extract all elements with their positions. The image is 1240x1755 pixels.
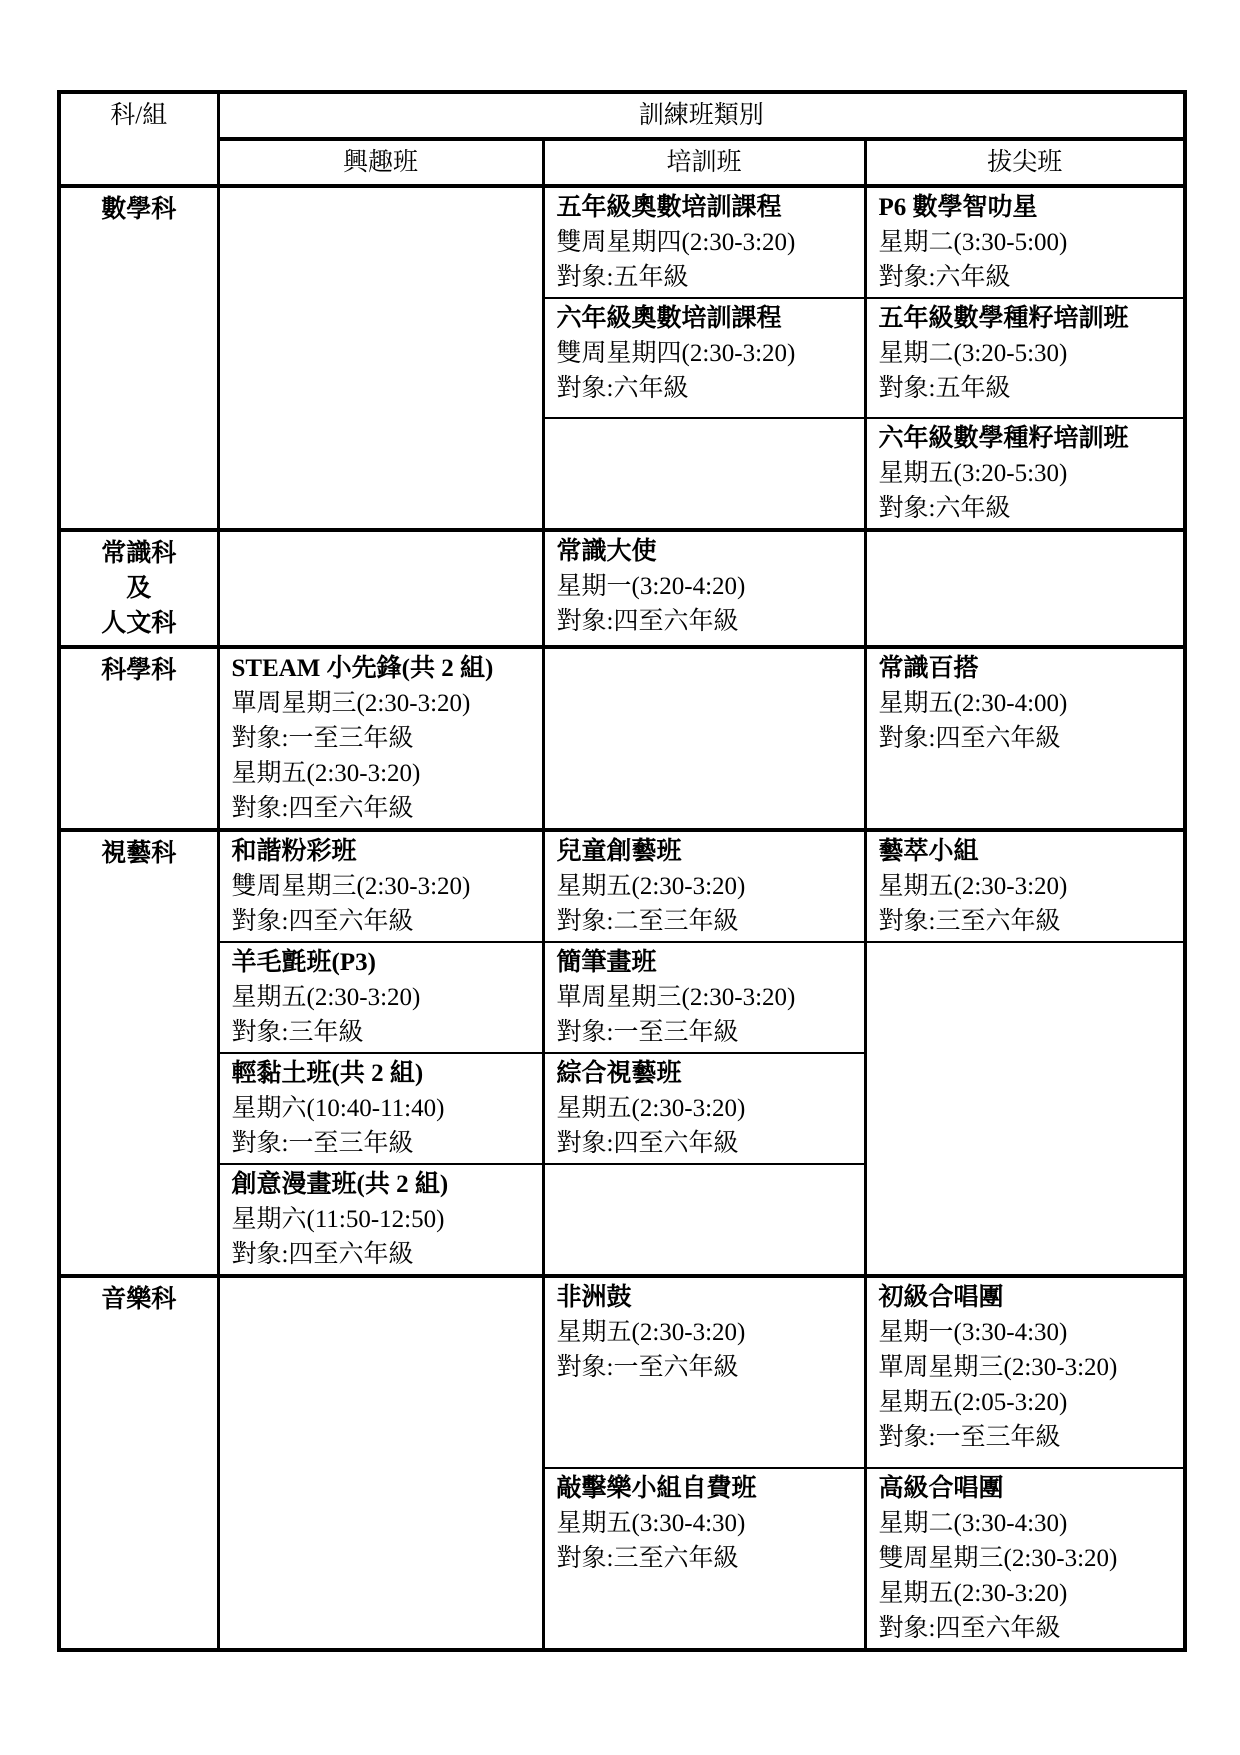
course-va-training-1: 兒童創藝班 星期五(2:30-3:20) 對象:二至三年級	[543, 830, 865, 942]
course-title: 五年級奧數培訓課程	[557, 190, 856, 225]
course-line: 星期五(2:30-3:20)	[232, 756, 534, 791]
course-title: 和諧粉彩班	[232, 834, 534, 869]
course-va-training-3: 綜合視藝班 星期五(2:30-3:20) 對象:四至六年級	[543, 1053, 865, 1164]
course-line: 星期五(2:05-3:20)	[879, 1385, 1176, 1420]
empty-cell	[543, 647, 865, 830]
header-row-2: 興趣班 培訓班 拔尖班	[59, 139, 1185, 186]
header-elite-class: 拔尖班	[865, 139, 1185, 186]
course-va-interest-3: 輕黏土班(共 2 組) 星期六(10:40-11:40) 對象:一至三年級	[218, 1053, 543, 1164]
course-line: 星期二(3:30-5:00)	[879, 225, 1176, 260]
course-line: 單周星期三(2:30-3:20)	[557, 980, 856, 1015]
course-line: 星期五(3:20-5:30)	[879, 456, 1176, 491]
course-title: 五年級數學種籽培訓班	[879, 301, 1176, 336]
course-line: 星期一(3:30-4:30)	[879, 1315, 1176, 1350]
subject-line: 人文科	[65, 606, 213, 641]
course-math-training-1: 五年級奧數培訓課程 雙周星期四(2:30-3:20) 對象:五年級	[543, 186, 865, 298]
course-music-training-1: 非洲鼓 星期五(2:30-3:20) 對象:一至六年級	[543, 1276, 865, 1468]
course-line: 星期五(2:30-3:20)	[557, 869, 856, 904]
course-steam-pioneer: STEAM 小先鋒(共 2 組) 單周星期三(2:30-3:20) 對象:一至三…	[218, 647, 543, 830]
empty-cell	[218, 1276, 543, 1650]
course-line: 星期五(2:30-3:20)	[557, 1091, 856, 1126]
course-title: 常識百搭	[879, 651, 1176, 686]
subject-science: 科學科	[59, 647, 218, 830]
course-line: 雙周星期三(2:30-3:20)	[232, 869, 534, 904]
course-title: 簡筆畫班	[557, 945, 856, 980]
course-line: 星期五(2:30-3:20)	[879, 1576, 1176, 1611]
course-line: 對象:四至六年級	[557, 1126, 856, 1161]
course-line: 對象:四至六年級	[557, 604, 856, 639]
subject-line: 及	[65, 571, 213, 606]
course-line: 星期六(11:50-12:50)	[232, 1202, 534, 1237]
course-title: 創意漫畫班(共 2 組)	[232, 1167, 534, 1202]
course-title: 兒童創藝班	[557, 834, 856, 869]
course-title: 藝萃小組	[879, 834, 1176, 869]
course-title: P6 數學智叻星	[879, 190, 1176, 225]
course-line: 對象:三至六年級	[879, 904, 1176, 939]
header-row-1: 科/組 訓練班類別	[59, 92, 1185, 139]
course-line: 星期五(2:30-3:20)	[557, 1315, 856, 1350]
course-gs-ambassador: 常識大使 星期一(3:20-4:20) 對象:四至六年級	[543, 530, 865, 647]
row-visual-arts-1: 視藝科 和諧粉彩班 雙周星期三(2:30-3:20) 對象:四至六年級 兒童創藝…	[59, 830, 1185, 942]
course-music-elite-2: 高級合唱團 星期二(3:30-4:30) 雙周星期三(2:30-3:20) 星期…	[865, 1468, 1185, 1650]
course-line: 對象:六年級	[879, 491, 1176, 526]
subject-line: 常識科	[65, 536, 213, 571]
empty-cell	[865, 942, 1185, 1276]
header-interest-class: 興趣班	[218, 139, 543, 186]
empty-cell	[543, 418, 865, 530]
empty-cell	[218, 530, 543, 647]
course-line: 對象:四至六年級	[232, 791, 534, 826]
course-title: 常識大使	[557, 534, 856, 569]
course-title: 綜合視藝班	[557, 1056, 856, 1091]
course-line: 星期一(3:20-4:20)	[557, 569, 856, 604]
course-va-interest-1: 和諧粉彩班 雙周星期三(2:30-3:20) 對象:四至六年級	[218, 830, 543, 942]
course-line: 雙周星期四(2:30-3:20)	[557, 225, 856, 260]
course-va-interest-2: 羊毛氈班(P3) 星期五(2:30-3:20) 對象:三年級	[218, 942, 543, 1053]
subject-visual-arts: 視藝科	[59, 830, 218, 1276]
course-line: 星期五(2:30-3:20)	[232, 980, 534, 1015]
course-line: 單周星期三(2:30-3:20)	[232, 686, 534, 721]
course-line: 對象:四至六年級	[879, 721, 1176, 756]
course-title: 輕黏土班(共 2 組)	[232, 1056, 534, 1091]
course-math-elite-1: P6 數學智叻星 星期二(3:30-5:00) 對象:六年級	[865, 186, 1185, 298]
course-math-elite-2: 五年級數學種籽培訓班 星期二(3:20-5:30) 對象:五年級	[865, 298, 1185, 418]
course-title: 高級合唱團	[879, 1471, 1176, 1506]
training-class-schedule-table: 科/組 訓練班類別 興趣班 培訓班 拔尖班 數學科 五年級奧數培訓課程 雙周星期…	[57, 90, 1187, 1652]
course-line: 對象:六年級	[557, 371, 856, 406]
course-line: 雙周星期四(2:30-3:20)	[557, 336, 856, 371]
course-title: STEAM 小先鋒(共 2 組)	[232, 651, 534, 686]
course-va-elite-1: 藝萃小組 星期五(2:30-3:20) 對象:三至六年級	[865, 830, 1185, 942]
course-line: 對象:四至六年級	[879, 1611, 1176, 1646]
course-line: 對象:一至三年級	[232, 721, 534, 756]
course-line: 對象:四至六年級	[232, 1237, 534, 1272]
empty-cell	[218, 186, 543, 530]
course-line: 對象:三年級	[232, 1015, 534, 1050]
row-science: 科學科 STEAM 小先鋒(共 2 組) 單周星期三(2:30-3:20) 對象…	[59, 647, 1185, 830]
row-math-1: 數學科 五年級奧數培訓課程 雙周星期四(2:30-3:20) 對象:五年級 P6…	[59, 186, 1185, 298]
empty-cell	[865, 530, 1185, 647]
course-title: 初級合唱團	[879, 1280, 1176, 1315]
course-line: 雙周星期三(2:30-3:20)	[879, 1541, 1176, 1576]
course-music-training-2: 敲擊樂小組自費班 星期五(3:30-4:30) 對象:三至六年級	[543, 1468, 865, 1650]
header-category-title: 訓練班類別	[218, 92, 1185, 139]
subject-general-humanities: 常識科 及 人文科	[59, 530, 218, 647]
course-math-elite-3: 六年級數學種籽培訓班 星期五(3:20-5:30) 對象:六年級	[865, 418, 1185, 530]
course-title: 羊毛氈班(P3)	[232, 945, 534, 980]
row-general-humanities: 常識科 及 人文科 常識大使 星期一(3:20-4:20) 對象:四至六年級	[59, 530, 1185, 647]
course-line: 對象:五年級	[879, 371, 1176, 406]
course-va-training-2: 簡筆畫班 單周星期三(2:30-3:20) 對象:一至三年級	[543, 942, 865, 1053]
row-music-1: 音樂科 非洲鼓 星期五(2:30-3:20) 對象:一至六年級 初級合唱團 星期…	[59, 1276, 1185, 1468]
course-line: 對象:六年級	[879, 260, 1176, 295]
course-line: 星期二(3:20-5:30)	[879, 336, 1176, 371]
subject-math: 數學科	[59, 186, 218, 530]
subject-music: 音樂科	[59, 1276, 218, 1650]
course-line: 星期五(2:30-3:20)	[879, 869, 1176, 904]
course-title: 六年級數學種籽培訓班	[879, 421, 1176, 456]
course-line: 對象:一至三年級	[879, 1420, 1176, 1455]
course-gs-versatile: 常識百搭 星期五(2:30-4:00) 對象:四至六年級	[865, 647, 1185, 830]
course-line: 星期二(3:30-4:30)	[879, 1506, 1176, 1541]
course-title: 六年級奧數培訓課程	[557, 301, 856, 336]
header-subject-group: 科/組	[59, 92, 218, 186]
empty-cell	[543, 1164, 865, 1276]
course-title: 非洲鼓	[557, 1280, 856, 1315]
course-va-interest-4: 創意漫畫班(共 2 組) 星期六(11:50-12:50) 對象:四至六年級	[218, 1164, 543, 1276]
course-line: 對象:一至三年級	[557, 1015, 856, 1050]
course-title: 敲擊樂小組自費班	[557, 1471, 856, 1506]
course-line: 星期五(3:30-4:30)	[557, 1506, 856, 1541]
course-line: 對象:一至六年級	[557, 1350, 856, 1385]
course-line: 對象:五年級	[557, 260, 856, 295]
course-line: 對象:四至六年級	[232, 904, 534, 939]
row-visual-arts-2: 羊毛氈班(P3) 星期五(2:30-3:20) 對象:三年級 簡筆畫班 單周星期…	[59, 942, 1185, 1053]
course-line: 對象:二至三年級	[557, 904, 856, 939]
course-music-elite-1: 初級合唱團 星期一(3:30-4:30) 單周星期三(2:30-3:20) 星期…	[865, 1276, 1185, 1468]
course-line: 對象:一至三年級	[232, 1126, 534, 1161]
course-line: 對象:三至六年級	[557, 1541, 856, 1576]
header-training-class: 培訓班	[543, 139, 865, 186]
course-line: 星期五(2:30-4:00)	[879, 686, 1176, 721]
course-math-training-2: 六年級奧數培訓課程 雙周星期四(2:30-3:20) 對象:六年級	[543, 298, 865, 418]
course-line: 星期六(10:40-11:40)	[232, 1091, 534, 1126]
course-line: 單周星期三(2:30-3:20)	[879, 1350, 1176, 1385]
